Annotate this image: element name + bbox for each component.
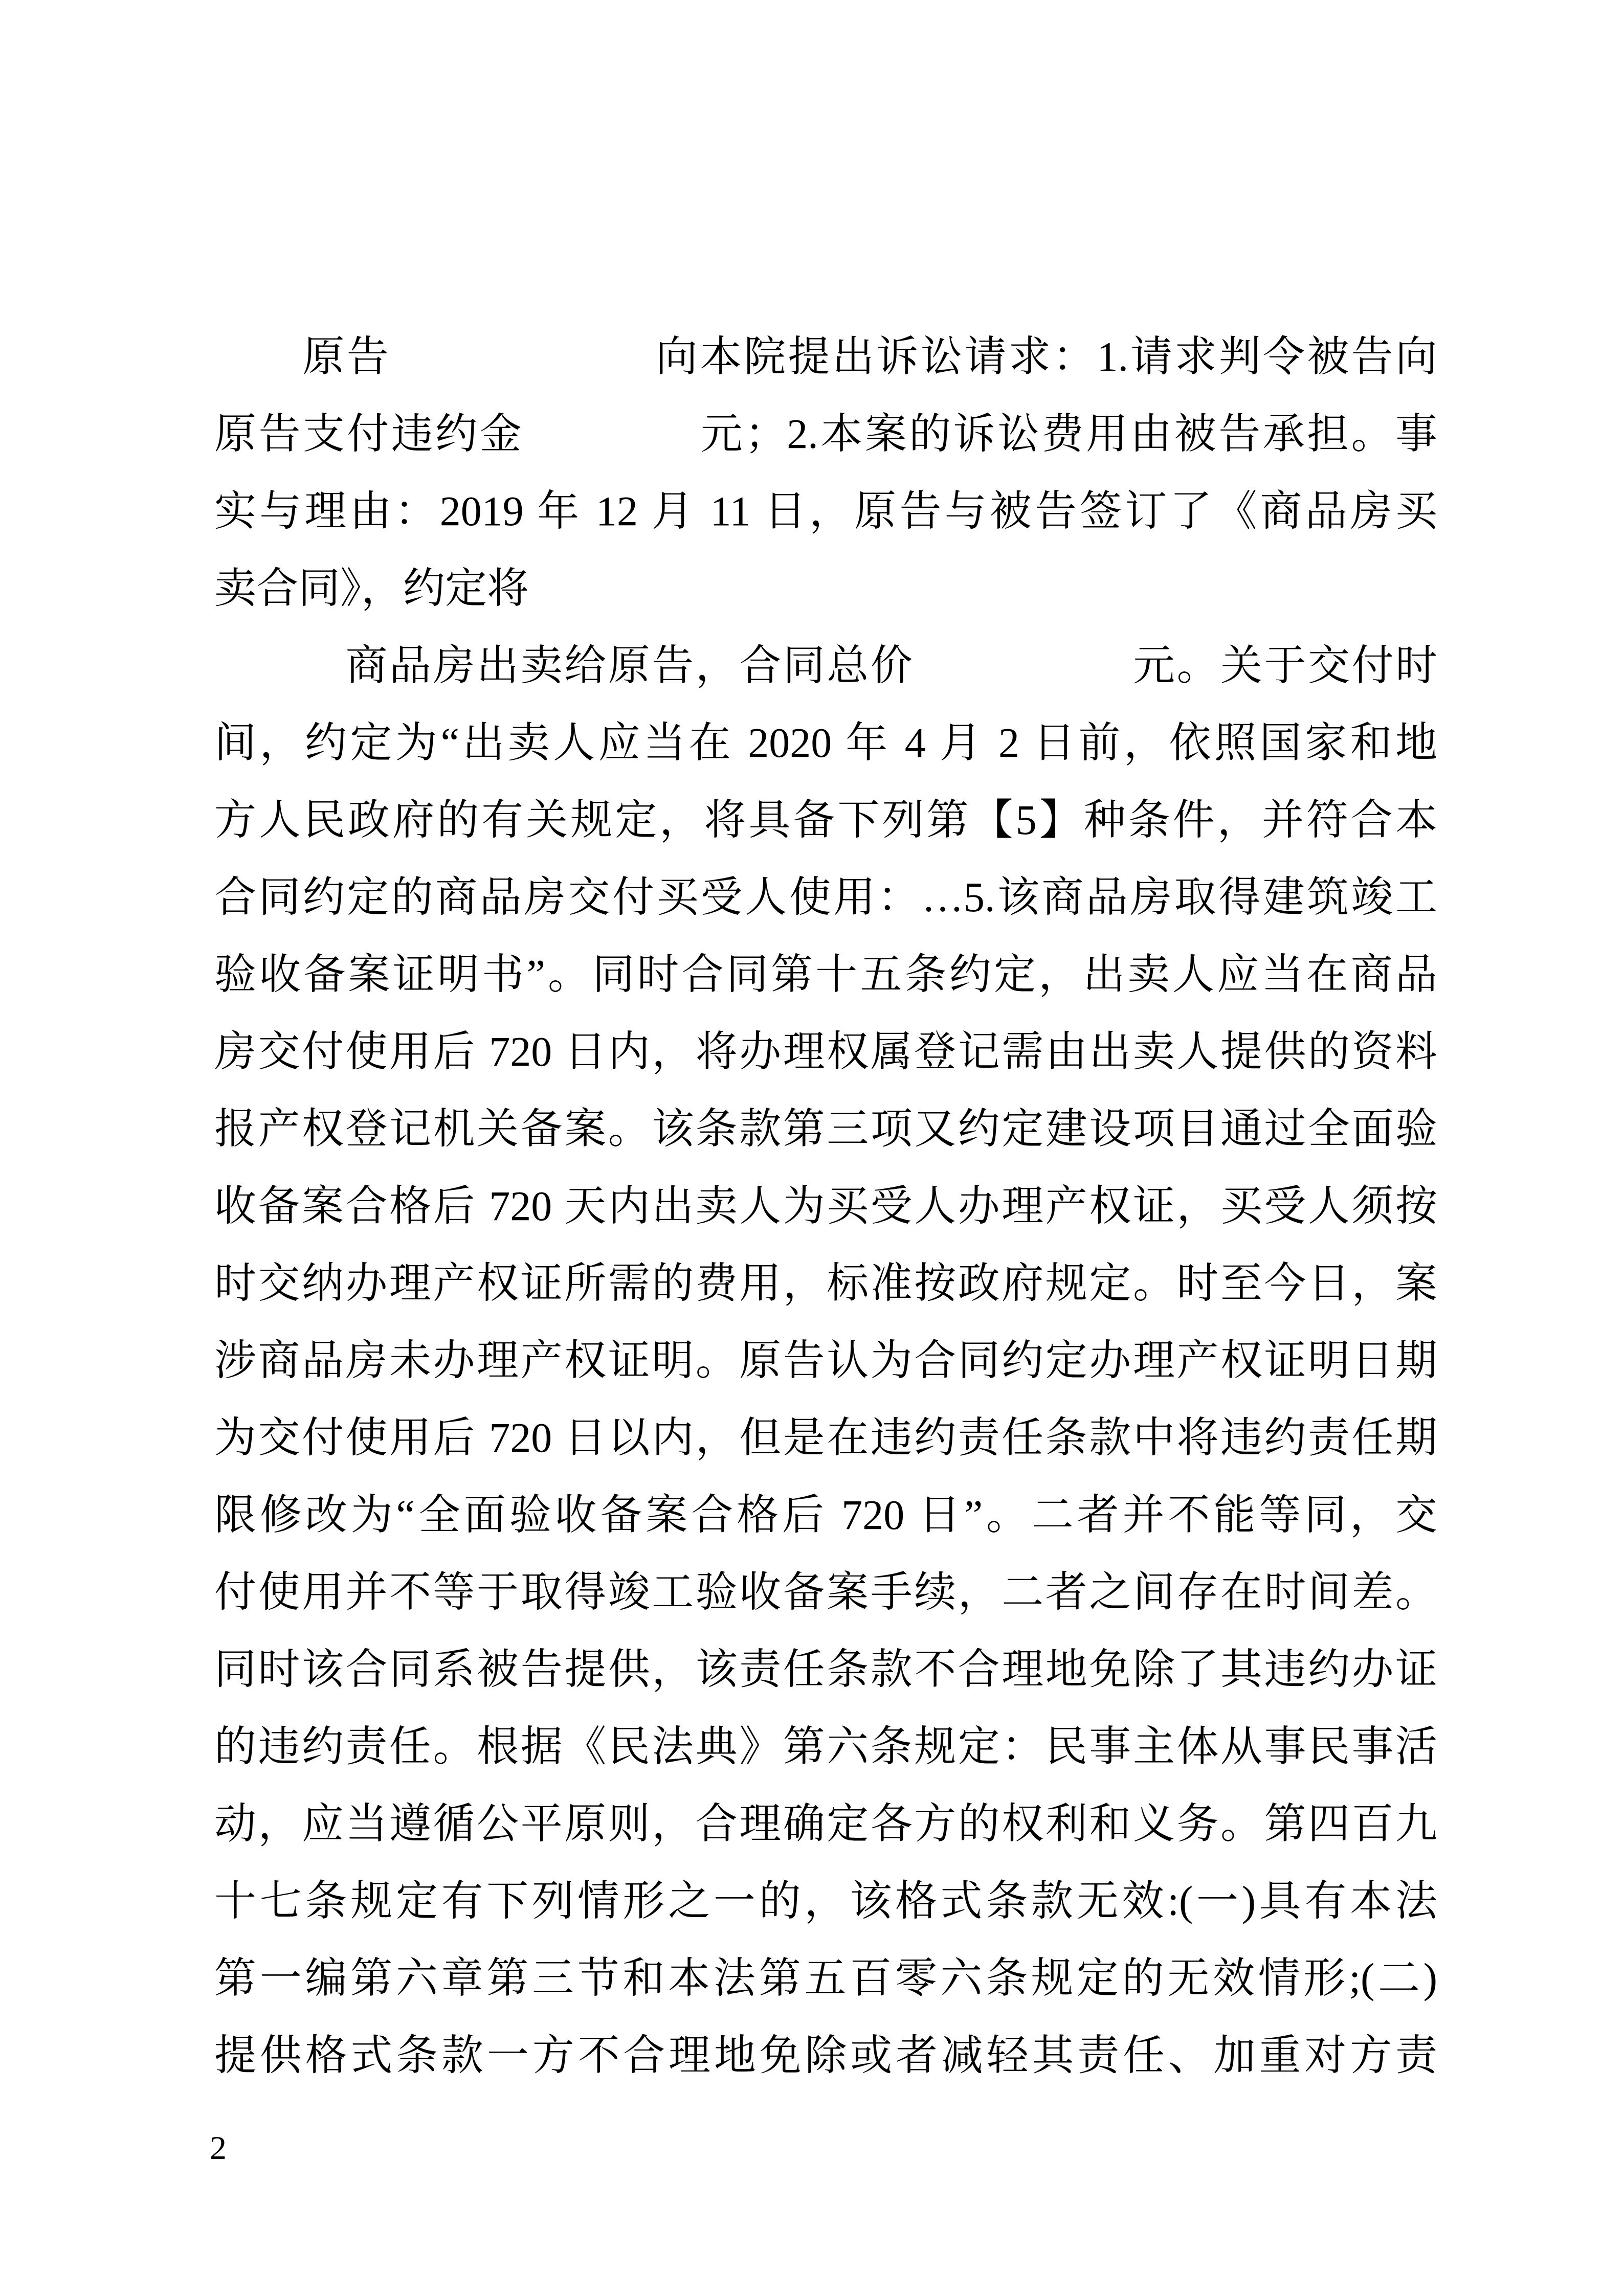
text-line: 付使用并不等于取得竣工验收备案手续，二者之间存在时间差。 xyxy=(214,1554,1437,1631)
text-line: 十七条规定有下列情形之一的，该格式条款无效:(一)具有本法 xyxy=(214,1862,1437,1940)
text-line: 动，应当遵循公平原则，合理确定各方的权利和义务。第四百九 xyxy=(214,1785,1437,1862)
page-number: 2 xyxy=(210,2131,227,2165)
text-line: 实与理由：2019 年 12 月 11 日，原告与被告签订了《商品房买 xyxy=(214,472,1437,550)
text-line: 为交付使用后 720 日以内，但是在违约责任条款中将违约责任期 xyxy=(214,1399,1437,1476)
text-line: 方人民政府的有关规定，将具备下列第【5】种条件，并符合本 xyxy=(214,781,1437,859)
text-line: 验收备案证明书”。同时合同第十五条约定，出卖人应当在商品 xyxy=(214,936,1437,1013)
text-line: 原告 向本院提出诉讼请求：1.请求判令被告向 xyxy=(214,318,1437,395)
text-line: 原告支付违约金 元；2.本案的诉讼费用由被告承担。事 xyxy=(214,395,1437,472)
text-line: 间，约定为“出卖人应当在 2020 年 4 月 2 日前，依照国家和地 xyxy=(214,704,1437,781)
text-line: 同时该合同系被告提供，该责任条款不合理地免除了其违约办证 xyxy=(214,1631,1437,1708)
text-line: 合同约定的商品房交付买受人使用：…5.该商品房取得建筑竣工 xyxy=(214,859,1437,936)
document-page: 原告 向本院提出诉讼请求：1.请求判令被告向原告支付违约金 元；2.本案的诉讼费… xyxy=(0,0,1624,2296)
text-line: 房交付使用后 720 日内，将办理权属登记需由出卖人提供的资料 xyxy=(214,1013,1437,1090)
document-body: 原告 向本院提出诉讼请求：1.请求判令被告向原告支付违约金 元；2.本案的诉讼费… xyxy=(214,318,1437,2094)
text-line: 商品房出卖给原告，合同总价 元。关于交付时 xyxy=(214,627,1437,704)
text-line: 卖合同》，约定将 xyxy=(214,550,1437,627)
text-line: 涉商品房未办理产权证明。原告认为合同约定办理产权证明日期 xyxy=(214,1322,1437,1399)
text-line: 时交纳办理产权证所需的费用，标准按政府规定。时至今日，案 xyxy=(214,1245,1437,1322)
text-line: 限修改为“全面验收备案合格后 720 日”。二者并不能等同，交 xyxy=(214,1476,1437,1554)
text-line: 提供格式条款一方不合理地免除或者减轻其责任、加重对方责 xyxy=(214,2017,1437,2094)
text-line: 的违约责任。根据《民法典》第六条规定：民事主体从事民事活 xyxy=(214,1708,1437,1785)
text-line: 报产权登记机关备案。该条款第三项又约定建设项目通过全面验 xyxy=(214,1090,1437,1167)
text-line: 第一编第六章第三节和本法第五百零六条规定的无效情形;(二) xyxy=(214,1940,1437,2017)
text-line: 收备案合格后 720 天内出卖人为买受人办理产权证，买受人须按 xyxy=(214,1167,1437,1245)
